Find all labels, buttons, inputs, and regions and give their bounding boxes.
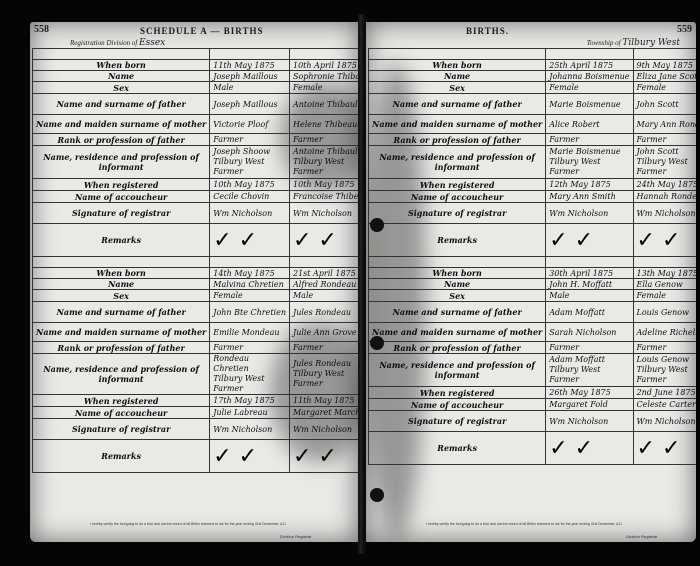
entry-number-cell [210,49,290,60]
entry-name: Joseph Maillous [210,71,290,82]
binding-hole [370,336,384,350]
row-label: Rank or profession of father [33,134,210,146]
entry-when-born: 30th April 1875 [546,268,633,279]
register-table-right: No. 37When born25th April 18759th May 18… [368,48,696,465]
entry-father: Joseph Maillous [210,94,290,115]
row-label: When born [369,60,546,71]
table-row: When born11th May 187510th April 187510t… [33,60,359,71]
checkmark-icon: ✓ ✓ [637,228,681,253]
row-label: Signature of registrar [369,203,546,224]
informant-line: Farmer [549,167,629,177]
table-row: Name of accoucheurJulie LabreauMargaret … [33,407,359,419]
row-label: Rank or profession of father [369,342,546,354]
informant-line: Tilbury West [293,369,358,379]
entry-father: John Scott [633,94,696,115]
entry-number-cell [633,49,696,60]
row-label: Name [33,279,210,290]
entry-father-profession: Farmer [633,342,696,354]
entry-name: John H. Moffatt [546,279,633,290]
table-row: Name, residence and profession of inform… [33,146,359,179]
row-label: Name and surname of father [33,94,210,115]
entry-remarks: ✓ ✓ [289,440,358,473]
table-row: When registered26th May 18752nd June 187… [369,387,697,399]
page-number: 558 [34,24,49,35]
table-row: NameJohn H. MoffattElla GenowMarie Sophi… [369,279,697,290]
entry-registrar: Wm Nicholson [546,203,633,224]
entry-informant: Joseph ShoowTilbury WestFarmer [210,146,290,179]
table-row: Name, residence and profession of inform… [369,146,697,179]
entry-mother: Helene Thibeault [289,115,358,134]
district-header: Township of Tilbury West [587,38,680,48]
entry-sex: Male [289,290,358,302]
table-row: Name, residence and profession of inform… [33,354,359,395]
row-label: When born [369,268,546,279]
entry-remarks: ✓ ✓ [633,432,696,465]
entry-number-cell [633,257,696,268]
entry-father: Adam Moffatt [546,302,633,323]
table-row: Rank or profession of fatherFarmerFarmer… [369,134,697,146]
checkmark-icon: ✓ ✓ [293,228,337,253]
entry-registrar: Wm Nicholson [289,203,358,224]
entry-name: Malvina Chretien [210,279,290,290]
informant-line: Tilbury West [549,157,629,167]
entry-when-born: 9th May 1875 [633,60,696,71]
entry-name: Sophronie Thibault [289,71,358,82]
table-row: SexMaleFemaleFemale [369,290,697,302]
entry-when-registered: 12th May 1875 [546,179,633,191]
row-label: Signature of registrar [369,411,546,432]
entry-remarks: ✓ ✓ [633,224,696,257]
informant-line: John Scott [637,147,696,157]
entry-mother: Alice Robert [546,115,633,134]
entry-name: Eliza Jane Scott [633,71,696,82]
scanned-register-spread: 558 SCHEDULE A — BIRTHS Registration Div… [0,0,700,566]
block-header-row [33,49,359,60]
table-row: SexMaleFemaleMale [33,82,359,94]
row-label: When born [33,60,210,71]
district-label: Township of [587,39,621,47]
row-label: Name and maiden surname of mother [33,323,210,342]
entry-accoucheur: Margaret Fold [546,399,633,411]
row-label: Remarks [369,224,546,257]
row-label: Name [33,71,210,82]
entry-accoucheur: Francoise Thibeault [289,191,358,203]
entry-father: Antoine Thibault [289,94,358,115]
checkmark-icon: ✓ ✓ [637,436,681,461]
certification-text: I hereby certify the foregoing to be a t… [90,522,310,526]
table-row: Name of accoucheurCecile ChovinFrancoise… [33,191,359,203]
table-row: Name and surname of fatherAdam MoffattLo… [369,302,697,323]
entry-sex: Female [633,290,696,302]
table-row: Rank or profession of fatherFarmerFarmer… [33,342,359,354]
row-label: Name of accoucheur [33,191,210,203]
table-row: Rank or profession of fatherFarmerFarmer… [369,342,697,354]
entry-father-profession: Farmer [210,342,290,354]
row-label: When registered [369,387,546,399]
table-row: Remarks✓ ✓✓ ✓✓ ✓ [369,432,697,465]
informant-line: Tilbury West [637,157,696,167]
binding-hole [370,488,384,502]
row-label-cell [369,49,546,60]
entry-when-born: 14th May 1875 [210,268,290,279]
table-row: NameMalvina ChretienAlfred RondeauEvange… [33,279,359,290]
row-label: Name [369,71,546,82]
row-label: Name and maiden surname of mother [369,323,546,342]
entry-number-cell [546,257,633,268]
block-header-row: No. 54 [369,257,697,268]
entry-when-registered: 2nd June 1875 [633,387,696,399]
row-label: Remarks [33,224,210,257]
entry-accoucheur: Julie Labreau [210,407,290,419]
informant-line: Farmer [549,375,629,385]
row-label: Name of accoucheur [33,407,210,419]
entry-sex: Female [210,290,290,302]
entry-remarks: ✓ ✓ [546,224,633,257]
entry-when-registered: 10th May 1875 [289,179,358,191]
informant-line: Tilbury West [293,157,358,167]
table-row: SexFemaleMaleMale [33,290,359,302]
table-row: Name and surname of fatherMarie Boismenu… [369,94,697,115]
entry-father: Jules Rondeau [289,302,358,323]
district-name: Tilbury West [622,38,680,48]
entry-remarks: ✓ ✓ [210,224,290,257]
informant-line: Tilbury West [637,365,696,375]
row-label-cell [33,49,210,60]
row-label: Name and surname of father [369,94,546,115]
table-row: Signature of registrarWm NicholsonWm Nic… [369,203,697,224]
entry-remarks: ✓ ✓ [289,224,358,257]
row-label: Sex [33,290,210,302]
entry-accoucheur: Hannah Rondeyent [633,191,696,203]
table-row: Name, residence and profession of inform… [369,354,697,387]
entry-remarks: ✓ ✓ [546,432,633,465]
entry-father-profession: Farmer [289,342,358,354]
informant-line: Tilbury West [213,374,286,384]
informant-line: Tilbury West [213,157,286,167]
row-label: Name and surname of father [369,302,546,323]
entry-name: Johanna Boismenue [546,71,633,82]
block-header-row: No. 37 [369,49,697,60]
entry-father: Louis Genow [633,302,696,323]
table-row: When registered12th May 187524th May 187… [369,179,697,191]
division-header: Registration Division of Essex [70,38,165,48]
row-label: Sex [369,82,546,94]
division-name: Essex [139,38,165,48]
row-label: When born [33,268,210,279]
entry-name: Alfred Rondeau [289,279,358,290]
row-label-cell [33,257,210,268]
row-label-cell [369,257,546,268]
entry-when-registered: 17th May 1875 [210,395,290,407]
entry-sex: Female [546,82,633,94]
table-row: When registered17th May 187511th May 187… [33,395,359,407]
entry-number-cell [546,49,633,60]
table-row: NameJoseph MaillousSophronie ThibaultFel… [33,71,359,82]
entry-informant: John ScottTilbury WestFarmer [633,146,696,179]
entry-mother: Victorie Ploof [210,115,290,134]
certification-text: I hereby certify the foregoing to be a t… [426,522,646,526]
table-row: Name and maiden surname of motherSarah N… [369,323,697,342]
registrar-signature-label: Division Registrar [280,534,311,539]
row-label: Name and surname of father [33,302,210,323]
row-label: Name of accoucheur [369,399,546,411]
row-label: Name, residence and profession of inform… [369,146,546,179]
schedule-title: BIRTHS. [466,26,509,36]
entry-registrar: Wm Nicholson [210,419,290,440]
row-label: Rank or profession of father [369,134,546,146]
row-label: Name, residence and profession of inform… [33,354,210,395]
row-label: Sex [33,82,210,94]
entry-sex: Male [210,82,290,94]
entry-father-profession: Farmer [210,134,290,146]
row-label: Name [369,279,546,290]
entry-registrar: Wm Nicholson [633,203,696,224]
schedule-title: SCHEDULE A — BIRTHS [140,26,263,36]
informant-line: Tilbury West [549,365,629,375]
checkmark-icon: ✓ ✓ [549,228,593,253]
table-row: Signature of registrarWm NicholsonWm Nic… [33,419,359,440]
table-row: When born14th May 187521st April 187516t… [33,268,359,279]
informant-line: Farmer [213,167,286,177]
checkmark-icon: ✓ ✓ [213,444,257,469]
entry-sex: Male [546,290,633,302]
entry-when-registered: 11th May 1875 [289,395,358,407]
row-label: When registered [369,179,546,191]
row-label: Name and maiden surname of mother [33,115,210,134]
row-label: Rank or profession of father [33,342,210,354]
entry-when-born: 21st April 1875 [289,268,358,279]
informant-line: Farmer [637,375,696,385]
informant-line: Jules Rondeau [293,359,358,369]
right-page: 559 BIRTHS. Township of Tilbury West No.… [366,22,696,542]
block-header-row: No. 48 [33,257,359,268]
informant-line: Farmer [637,167,696,177]
entry-name: Ella Genow [633,279,696,290]
entry-accoucheur: Celeste Carter [633,399,696,411]
row-label: Signature of registrar [33,203,210,224]
page-number: 559 [677,24,692,35]
informant-line: Farmer [293,379,358,389]
entry-father-profession: Farmer [289,134,358,146]
table-row: When born25th April 18759th May 187520th… [369,60,697,71]
entry-informant: Rondeau ChretienTilbury WestFarmer [210,354,290,395]
entry-informant: Louis GenowTilbury WestFarmer [633,354,696,387]
informant-line: Joseph Shoow [213,147,286,157]
informant-line: Louis Genow [637,355,696,365]
entry-when-born: 13th May 1875 [633,268,696,279]
entry-mother: Adeline Richelle [633,323,696,342]
row-label: Sex [369,290,546,302]
entry-mother: Mary Ann Rondeyent [633,115,696,134]
table-row: Name and surname of fatherJoseph Maillou… [33,94,359,115]
entry-sex: Female [289,82,358,94]
entry-father: John Bte Chretien [210,302,290,323]
checkmark-icon: ✓ ✓ [213,228,257,253]
entry-registrar: Wm Nicholson [289,419,358,440]
entry-when-registered: 24th May 1875 [633,179,696,191]
table-row: Signature of registrarWm NicholsonWm Nic… [33,203,359,224]
row-label: When registered [33,179,210,191]
informant-line: Rondeau Chretien [213,354,286,374]
table-row: Name and surname of fatherJohn Bte Chret… [33,302,359,323]
checkmark-icon: ✓ ✓ [293,444,337,469]
entry-informant: Antoine ThibaultTilbury WestFarmer [289,146,358,179]
entry-when-born: 11th May 1875 [210,60,290,71]
entry-mother: Julie Ann Grove [289,323,358,342]
entry-father-profession: Farmer [546,342,633,354]
informant-line: Farmer [213,384,286,394]
entry-informant: Marie BoismenueTilbury WestFarmer [546,146,633,179]
entry-accoucheur: Cecile Chovin [210,191,290,203]
left-page: 558 SCHEDULE A — BIRTHS Registration Div… [30,22,358,542]
row-label: Name and maiden surname of mother [369,115,546,134]
informant-line: Antoine Thibault [293,147,358,157]
entry-father-profession: Farmer [633,134,696,146]
row-label: Name, residence and profession of inform… [369,354,546,387]
table-row: When born30th April 187513th May 187528t… [369,268,697,279]
entry-accoucheur: Margaret Marchand [289,407,358,419]
row-label: When registered [33,395,210,407]
entry-father-profession: Farmer [546,134,633,146]
entry-registrar: Wm Nicholson [546,411,633,432]
table-row: Remarks✓ ✓✓ ✓✓ ✓ [369,224,697,257]
entry-number-cell [289,49,358,60]
entry-number-cell [289,257,358,268]
checkmark-icon: ✓ ✓ [549,436,593,461]
entry-when-born: 10th April 1875 [289,60,358,71]
table-row: Rank or profession of fatherFarmerFarmer… [33,134,359,146]
table-row: SexFemaleFemaleMale [369,82,697,94]
row-label: Name of accoucheur [369,191,546,203]
entry-number-cell [210,257,290,268]
table-row: Name and maiden surname of motherVictori… [33,115,359,134]
table-row: Name of accoucheurMary Ann SmithHannah R… [369,191,697,203]
informant-line: Farmer [293,167,358,177]
entry-when-registered: 10th May 1875 [210,179,290,191]
entry-when-registered: 26th May 1875 [546,387,633,399]
entry-remarks: ✓ ✓ [210,440,290,473]
row-label: Remarks [33,440,210,473]
entry-informant: Jules RondeauTilbury WestFarmer [289,354,358,395]
table-row: Name and maiden surname of motherEmilie … [33,323,359,342]
register-table-left: When born11th May 187510th April 187510t… [32,48,358,473]
table-row: Remarks✓ ✓✓ ✓✓ ✓ [33,440,359,473]
entry-accoucheur: Mary Ann Smith [546,191,633,203]
entry-sex: Female [633,82,696,94]
entry-mother: Sarah Nicholson [546,323,633,342]
registrar-signature-label: Division Registrar [626,534,657,539]
informant-line: Adam Moffatt [549,355,629,365]
informant-line: Marie Boismenue [549,147,629,157]
entry-registrar: Wm Nicholson [633,411,696,432]
entry-registrar: Wm Nicholson [210,203,290,224]
table-row: Name of accoucheurMargaret FoldCeleste C… [369,399,697,411]
entry-when-born: 25th April 1875 [546,60,633,71]
row-label: Signature of registrar [33,419,210,440]
row-label: Name, residence and profession of inform… [33,146,210,179]
entry-father: Marie Boismenue [546,94,633,115]
table-row: Signature of registrarWm NicholsonWm Nic… [369,411,697,432]
table-row: Remarks✓ ✓✓ ✓✓ ✓ [33,224,359,257]
table-row: Name and maiden surname of motherAlice R… [369,115,697,134]
entry-informant: Adam MoffattTilbury WestFarmer [546,354,633,387]
binding-hole [370,218,384,232]
entry-mother: Emilie Mondeau [210,323,290,342]
table-row: When registered10th May 187510th May 187… [33,179,359,191]
row-label: Remarks [369,432,546,465]
division-label: Registration Division of [70,39,137,47]
table-row: NameJohanna BoismenueEliza Jane ScottHug… [369,71,697,82]
